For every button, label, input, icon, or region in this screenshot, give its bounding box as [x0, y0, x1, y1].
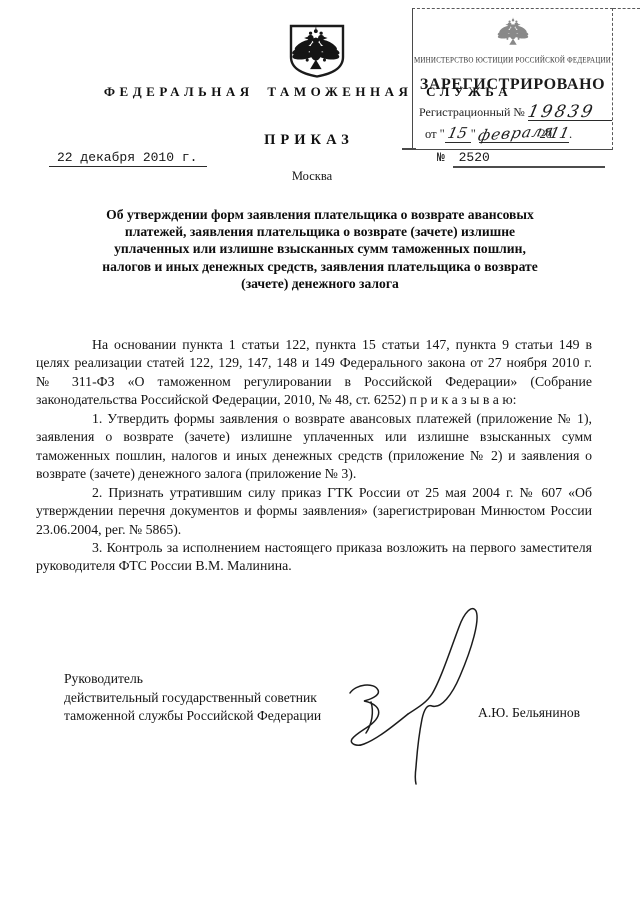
- russia-coat-of-arms-icon: [288, 24, 346, 78]
- document-title: Об утверждении форм заявления плательщик…: [20, 206, 620, 292]
- signatory-position-line: таможенной службы Российской Федерации: [64, 707, 321, 726]
- body-paragraph: 1. Утвердить формы заявления о возврате …: [36, 410, 592, 484]
- stamp-border-extension: [613, 8, 640, 9]
- stamp-border-foot: [402, 148, 416, 150]
- signature-stroke: [350, 685, 408, 745]
- title-line: налогов и иных денежных средств, заявлен…: [20, 258, 620, 275]
- stamp-date-line: от "15" февраля2011.: [425, 127, 572, 143]
- title-line: платежей, заявления плательщика о возвра…: [20, 223, 620, 240]
- signature-stroke: [408, 609, 477, 784]
- stamp-date-day: 15: [447, 128, 468, 138]
- body-paragraph: 2. Признать утратившим силу приказ ГТК Р…: [36, 484, 592, 539]
- title-line: уплаченных или излишне взысканных сумм т…: [20, 240, 620, 257]
- stamp-registered-label: ЗАРЕГИСТРИРОВАНО: [413, 76, 612, 94]
- stamp-reg-number-label: Регистрационный №: [419, 105, 525, 119]
- stamp-date-quote: ": [471, 127, 476, 141]
- document-body: На основании пункта 1 статьи 122, пункта…: [36, 336, 592, 576]
- signatory-position: Руководитель действительный государствен…: [64, 670, 321, 726]
- ministry-emblem-icon: [495, 14, 531, 52]
- stamp-date-prefix: от ": [425, 127, 445, 141]
- signatory-position-line: действительный государственный советник: [64, 689, 321, 708]
- title-line: Об утверждении форм заявления плательщик…: [20, 206, 620, 223]
- registration-stamp: МИНИСТЕРСТВО ЮСТИЦИИ РОССИЙСКОЙ ФЕДЕРАЦИ…: [412, 8, 613, 150]
- doc-city: Москва: [0, 169, 624, 184]
- doc-date: 22 декабря 2010 г.: [49, 150, 207, 167]
- stamp-date-month: февраля: [477, 125, 555, 140]
- body-paragraph: 3. Контроль за исполнением настоящего пр…: [36, 539, 592, 576]
- doc-number-label: №: [437, 150, 453, 165]
- stamp-reg-number-line: Регистрационный №19839: [419, 105, 612, 121]
- doc-number-value: 2520: [453, 150, 605, 168]
- stamp-reg-number-value: 19839: [527, 106, 596, 118]
- signatory-name: А.Ю. Бельянинов: [478, 705, 580, 721]
- body-paragraph: На основании пункта 1 статьи 122, пункта…: [36, 336, 592, 410]
- signature-stroke: [366, 702, 372, 733]
- signatory-position-line: Руководитель: [64, 670, 321, 689]
- doc-number: № 2520: [437, 150, 605, 168]
- title-line: (зачете) денежного залога: [20, 275, 620, 292]
- document-page: ФЕДЕРАЛЬНАЯ ТАМОЖЕННАЯ СЛУЖБА ПРИКАЗ 22 …: [0, 0, 640, 900]
- stamp-ministry-name: МИНИСТЕРСТВО ЮСТИЦИИ РОССИЙСКОЙ ФЕДЕРАЦИ…: [414, 55, 611, 64]
- doc-date-value: 22 декабря 2010 г.: [49, 150, 207, 167]
